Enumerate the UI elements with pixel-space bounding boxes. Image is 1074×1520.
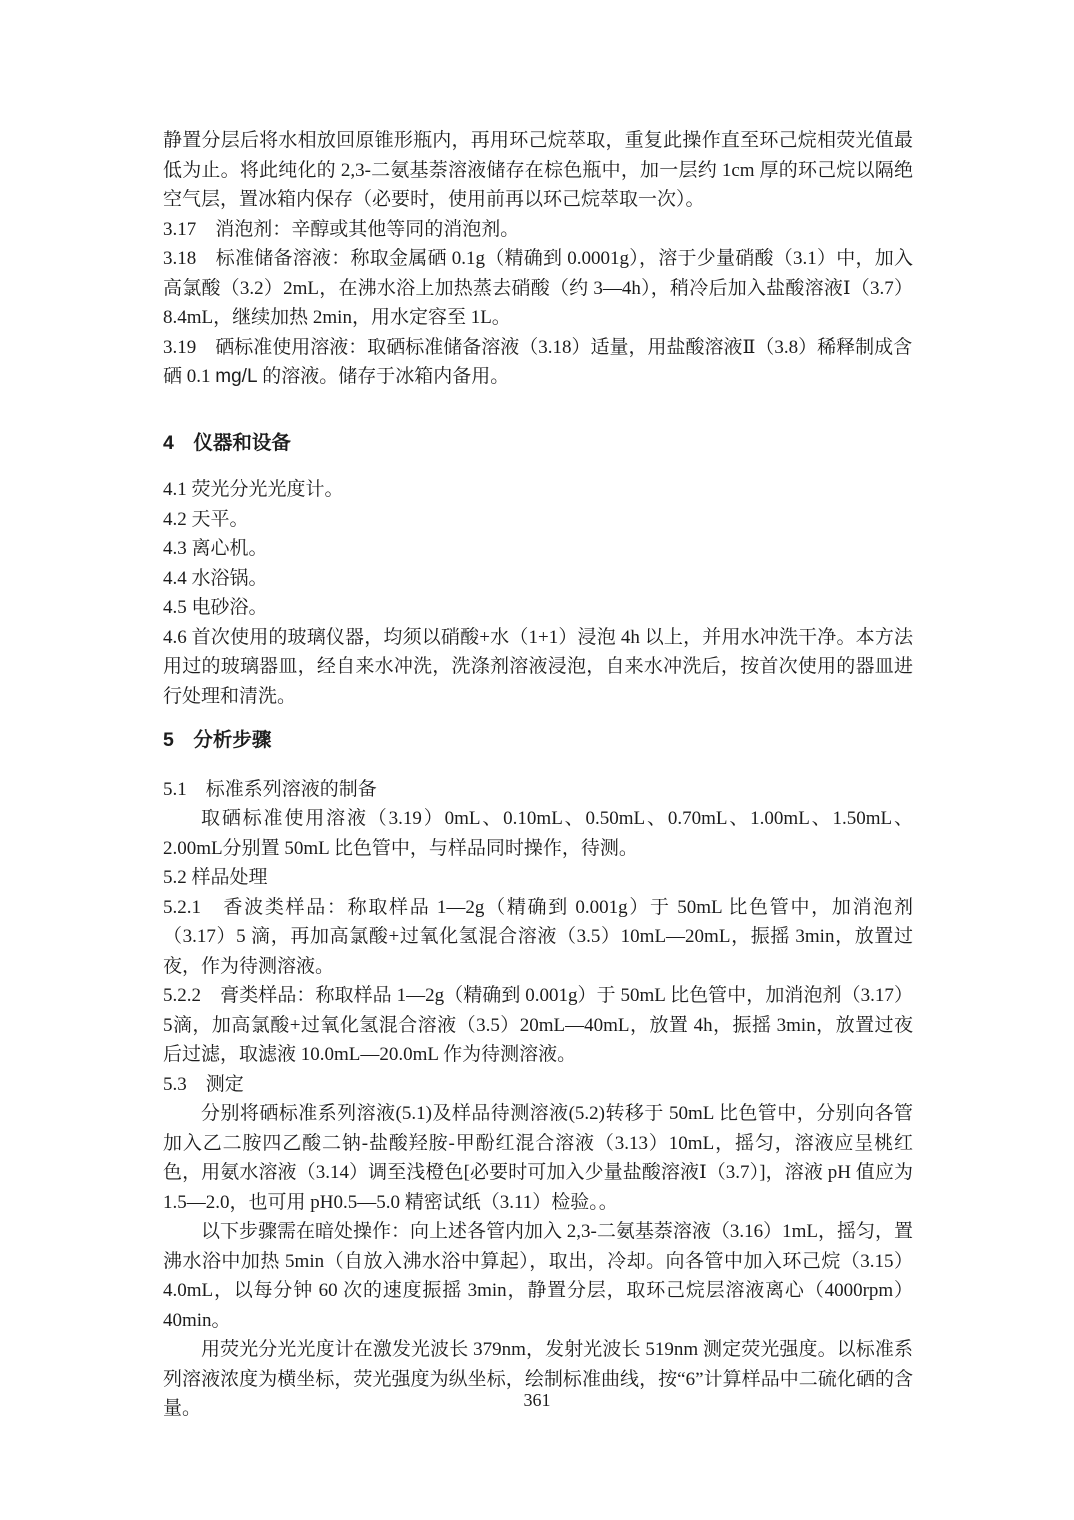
item-4-4: 4.4 水浴锅。 bbox=[163, 564, 913, 594]
item-3-17: 3.17 消泡剂：辛醇或其他等同的消泡剂。 bbox=[163, 215, 913, 245]
document-content: 静置分层后将水相放回原锥形瓶内，再用环己烷萃取，重复此操作直至环己烷相荧光值最低… bbox=[163, 126, 913, 1424]
item-3-19-continuation: 硒 0.1 mg/L 的溶液。储存于冰箱内备用。 bbox=[163, 362, 913, 392]
section-4-heading: 4 仪器和设备 bbox=[163, 429, 913, 459]
item-5-2-2: 5.2.2 膏类样品：称取样品 1—2g（精确到 0.001g）于 50mL 比… bbox=[163, 981, 913, 1070]
item-5-3-para-2: 以下步骤需在暗处操作：向上述各管内加入 2,3-二氨基萘溶液（3.16）1mL，… bbox=[163, 1217, 913, 1335]
item-5-2-1: 5.2.1 香波类样品：称取样品 1—2g（精确到 0.001g）于 50mL … bbox=[163, 893, 913, 982]
section-5-heading: 5 分析步骤 bbox=[163, 726, 913, 756]
paragraph-carryover: 静置分层后将水相放回原锥形瓶内，再用环己烷萃取，重复此操作直至环己烷相荧光值最低… bbox=[163, 126, 913, 215]
item-5-1-heading: 5.1 标准系列溶液的制备 bbox=[163, 775, 913, 805]
item-5-2-heading: 5.2 样品处理 bbox=[163, 863, 913, 893]
text-run-post: 的溶液。储存于冰箱内备用。 bbox=[258, 366, 510, 387]
item-5-1-body: 取硒标准使用溶液（3.19）0mL、0.10mL、0.50mL、0.70mL、1… bbox=[163, 804, 913, 863]
item-4-3: 4.3 离心机。 bbox=[163, 534, 913, 564]
item-4-1: 4.1 荧光分光光度计。 bbox=[163, 475, 913, 505]
item-4-5: 4.5 电砂浴。 bbox=[163, 593, 913, 623]
item-4-2: 4.2 天平。 bbox=[163, 505, 913, 535]
item-5-3-heading: 5.3 测定 bbox=[163, 1070, 913, 1100]
unit-mg-per-l: mg/L bbox=[215, 366, 257, 387]
document-page: 静置分层后将水相放回原锥形瓶内，再用环己烷萃取，重复此操作直至环己烷相荧光值最低… bbox=[0, 0, 1074, 1520]
item-4-6: 4.6 首次使用的玻璃仪器，均须以硝酸+水（1+1）浸泡 4h 以上，并用水冲洗… bbox=[163, 623, 913, 712]
item-5-3-para-1: 分别将硒标准系列溶液(5.1)及样品待测溶液(5.2)转移于 50mL 比色管中… bbox=[163, 1099, 913, 1217]
page-number: 361 bbox=[0, 1390, 1074, 1411]
item-3-19: 3.19 硒标准使用溶液：取硒标准储备溶液（3.18）适量，用盐酸溶液Ⅱ（3.8… bbox=[163, 333, 913, 363]
text-run-pre: 硒 0.1 bbox=[163, 366, 215, 387]
item-3-18: 3.18 标准储备溶液：称取金属硒 0.1g（精确到 0.0001g），溶于少量… bbox=[163, 244, 913, 333]
